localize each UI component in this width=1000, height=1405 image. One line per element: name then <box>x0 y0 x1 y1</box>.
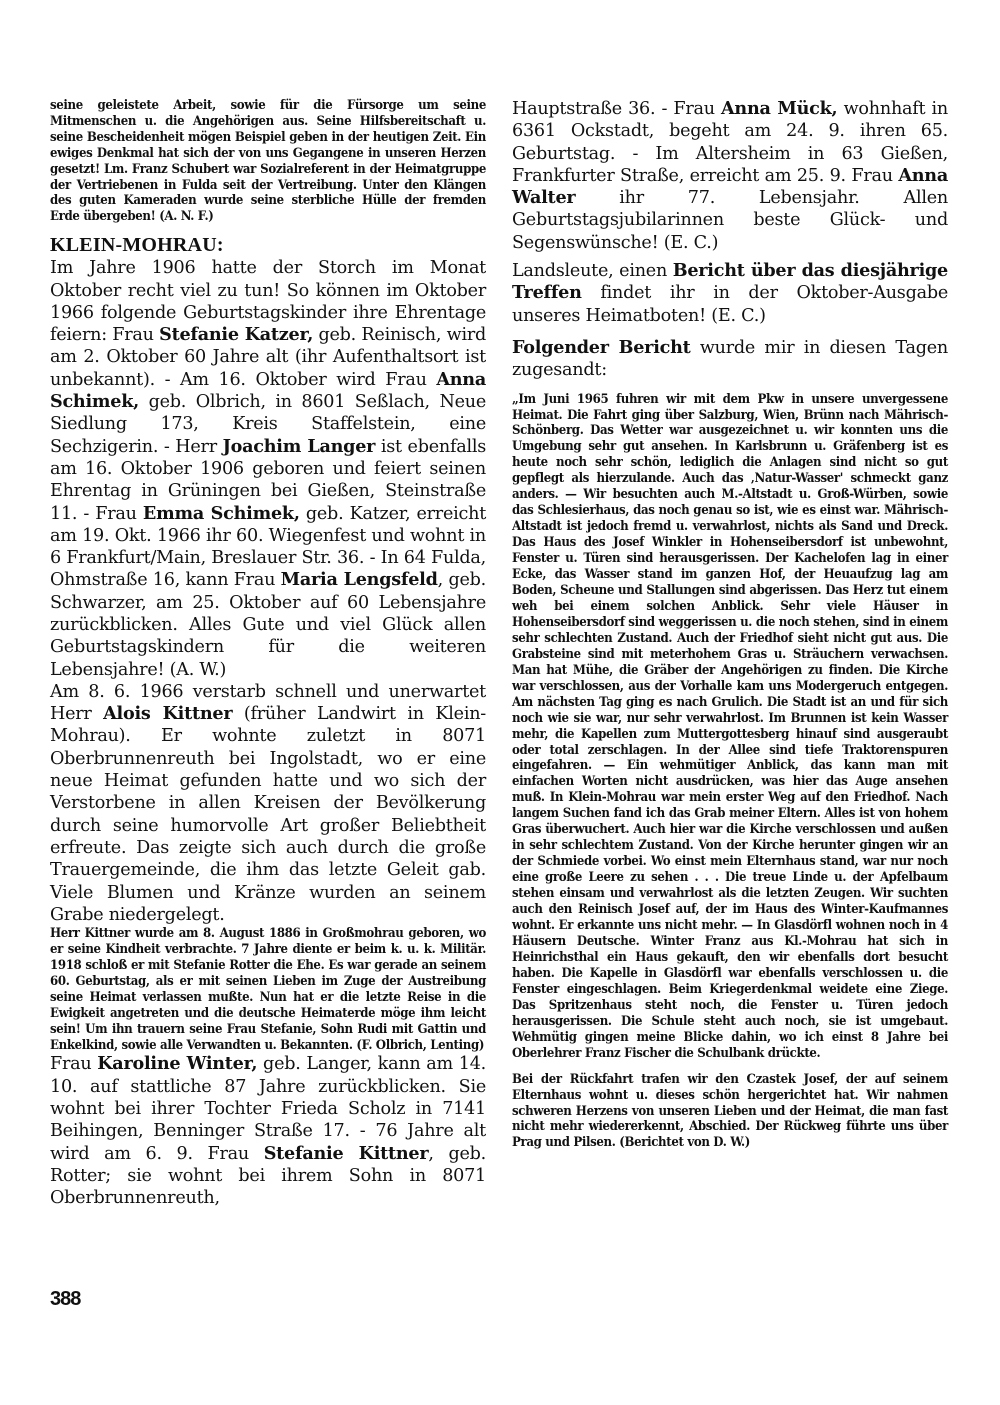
travel-report-closing: Bei der Rückfahrt trafen wir den Czastek… <box>512 1072 948 1152</box>
winter-birthday-paragraph: Frau Karoline Winter, geb. Langer, kann … <box>50 1053 486 1209</box>
spacer <box>512 327 948 337</box>
birthdays-paragraph: Im Jahre 1906 hatte der Storch im Monat … <box>50 257 486 681</box>
text-run: Landsleute, einen <box>512 261 673 281</box>
emphasis: Folgender Bericht <box>512 337 691 358</box>
text-run: ihr 77. Lebensjahr. Allen Geburtstagsjub… <box>512 188 948 253</box>
left-column: seine geleistete Arbeit, sowie für die F… <box>50 98 486 1209</box>
text-run: Frau <box>50 1054 97 1074</box>
birthdays-continuation-paragraph: Hauptstraße 36. - Frau Anna Mück, wohnha… <box>512 98 948 254</box>
travel-report-body: „Im Juni 1965 fuhren wir mit dem Pkw in … <box>512 392 948 1062</box>
right-column: Hauptstraße 36. - Frau Anna Mück, wohnha… <box>512 98 948 1151</box>
document-page: seine geleistete Arbeit, sowie für die F… <box>0 0 1000 1405</box>
meeting-report-notice: Landsleute, einen Bericht über das diesj… <box>512 260 948 327</box>
person-name: Emma Schimek, <box>143 503 300 524</box>
obituary-conclusion-paragraph: seine geleistete Arbeit, sowie für die F… <box>50 98 486 225</box>
person-name: Stefanie Katzer, <box>159 324 313 345</box>
text-run: (früher Landwirt in Klein-Mohrau). Er wo… <box>50 704 486 925</box>
report-intro: Folgender Bericht wurde mir in diesen Ta… <box>512 337 948 382</box>
person-name: Maria Lengsfeld <box>281 569 438 590</box>
person-name: Anna Mück, <box>721 98 837 119</box>
section-heading-klein-mohrau: KLEIN-MOHRAU: <box>50 233 486 257</box>
spacer <box>512 382 948 392</box>
person-name: Stefanie Kittner <box>264 1143 429 1164</box>
spacer <box>512 1062 948 1072</box>
person-name: Alois Kittner <box>103 703 232 724</box>
obituary-paragraph: Am 8. 6. 1966 verstarb schnell und unerw… <box>50 681 486 926</box>
text-run: Hauptstraße 36. - Frau <box>512 99 721 119</box>
page-number: 388 <box>50 1288 80 1311</box>
obituary-detail-paragraph: Herr Kittner wurde am 8. August 1886 in … <box>50 926 486 1053</box>
person-name: Joachim Langer <box>223 436 376 457</box>
person-name: Karoline Winter, <box>97 1053 257 1074</box>
